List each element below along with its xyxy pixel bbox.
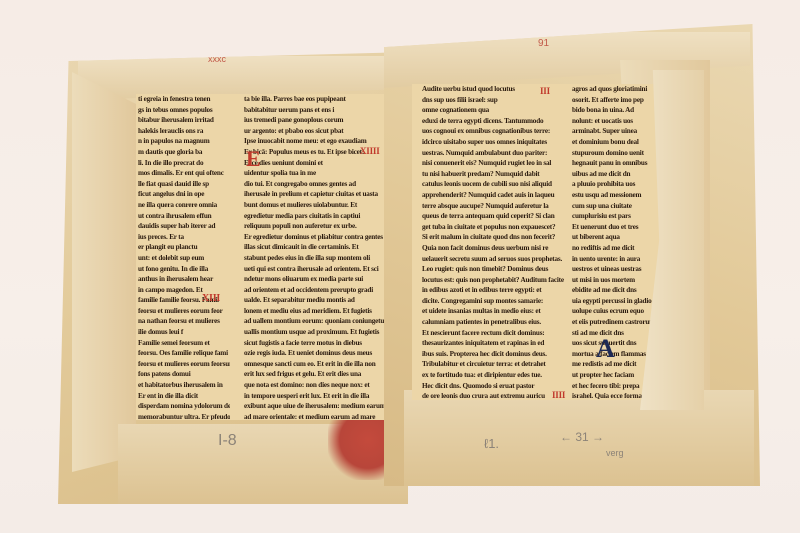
text-line: in tempore uesperi erit lux. Et erit in …	[244, 391, 392, 402]
text-line: erit lux sed frigus et gelu. Et erit die…	[244, 369, 392, 380]
text-line: memorabuntur ultra. Er pfeudo	[138, 412, 230, 420]
right-column-1: Audite uerbu istud quod locutusdns sup u…	[422, 84, 564, 400]
folio-mark-right: 91	[538, 38, 549, 49]
text-line: nisi conuenerit eis? Numquid rugiet leo …	[422, 158, 564, 169]
text-line: que nota est domino: non dies neque nox:…	[244, 380, 392, 391]
text-line: ne illa quera conrere omnia	[138, 200, 230, 211]
text-line: fons patens domui	[138, 369, 230, 380]
text-line: ti egreia in fenestra tenen	[138, 94, 230, 105]
text-line: bitabur iherusalem irritad	[138, 115, 230, 126]
text-line: dauidis super hab iterer ad	[138, 221, 230, 232]
text-line: anthus in iherusalem hear	[138, 274, 230, 285]
text-line: catulus leonis uocem de cubili suo nisi …	[422, 179, 564, 190]
text-line: uelauerit secretu suum ad seruos suos pr…	[422, 254, 564, 265]
text-line: li. In die illo precrat do	[138, 158, 230, 169]
right-text-block: Audite uerbu istud quod locutusdns sup u…	[412, 84, 674, 400]
text-line: omne cognationem qua	[422, 105, 564, 116]
text-line: ut biberent aqua	[572, 232, 674, 243]
text-line: Et nescierunt facere rectum dicit dominu…	[422, 328, 564, 339]
chapter-rubric-xiii: XIII	[202, 294, 220, 305]
left-side-fold	[72, 72, 136, 472]
text-line: Quia non facit dominus deus uerbum nisi …	[422, 243, 564, 254]
text-line: Familie semei feorsum et	[138, 338, 230, 349]
text-line: ius tremedi pane gonoplous corum	[244, 115, 392, 126]
left-column-2: ta bie illa. Parres bae eos pupipeantbab…	[244, 94, 392, 420]
text-line: ualde. Et separabitur mediu montis ad	[244, 295, 392, 306]
text-line: uidentur spolia tua in me	[244, 168, 392, 179]
text-line: ad mare orientale: et medium earum ad ma…	[244, 412, 392, 420]
text-line: sicut fugistis a facie terre motus in di…	[244, 338, 392, 349]
text-line: de ore leonis duo crura aut extremu auri…	[422, 391, 564, 400]
text-line: ilie domus leui f	[138, 327, 230, 338]
text-line: Er egredietur dominus et pliabitur contr…	[244, 232, 392, 243]
text-line: Tribulabitur et circuietur terra: et det…	[422, 359, 564, 370]
text-line: Si erit malum in ciuitate quod dns non f…	[422, 232, 564, 243]
text-line: disperdam nomina ydolorum de	[138, 401, 230, 412]
text-line: lle fiat quasi dauid ille sp	[138, 179, 230, 190]
text-line: tu nisi habuerit predam? Numquid dabit	[422, 169, 564, 180]
text-line: thesaurizantes iniquitatem et rapinas in…	[422, 338, 564, 349]
text-line: terre absque aucupe? Numquid auferetur l…	[422, 201, 564, 212]
text-line: feorsu et mulieres eorum feor	[138, 306, 230, 317]
text-line: na nathan feorsu et mulieres	[138, 316, 230, 327]
text-line: halekis lerauclis ons ra	[138, 126, 230, 137]
text-line: ndetur mons oliuarum ex media parte sui	[244, 274, 392, 285]
text-line: stabunt pedes eius in die illa sup monte…	[244, 253, 392, 264]
text-line: Hec dicit dns. Quomodo si eruat pastor	[422, 381, 564, 392]
blue-initial-a: A	[596, 336, 615, 362]
text-line: uallis montium usque ad proximum. Et fug…	[244, 327, 392, 338]
text-line: feorsu. Oes familie relique fami	[138, 348, 230, 359]
text-line: ozie regis iuda. Et ueniet dominus deus …	[244, 348, 392, 359]
text-line: get tuba in ciuitate et populus non expa…	[422, 222, 564, 233]
text-line: ius preces. Er ta	[138, 232, 230, 243]
chapter-rubric-iiii: IIII	[552, 390, 565, 400]
text-line: reliquum populi non auferetur ex urbe.	[244, 221, 392, 232]
text-line: ur argento: et pbabo eos sicut pbat	[244, 126, 392, 137]
text-line: mos dimalis. Er ent qui oftenc	[138, 168, 230, 179]
text-line: babitabitur uerum pans et ens i	[244, 105, 392, 116]
text-line: calumniam patientes in penetralibus eius…	[422, 317, 564, 328]
pencil-note-l1: ℓ1.	[484, 436, 499, 451]
text-line: ta bie illa. Parres bae eos pupipeant	[244, 94, 392, 105]
text-line: unt: et dolebit sup eum	[138, 253, 230, 264]
text-line: uos cognoui ex omnibus cognationibus ter…	[422, 126, 564, 137]
text-line: ad uallem montium eorum: quoniam coniung…	[244, 316, 392, 327]
text-line: ex te fortitudo tua: et diripientur edes…	[422, 370, 564, 381]
text-line: et habitatorbus iherusalem in	[138, 380, 230, 391]
text-line: gs in tebus omnes populos	[138, 105, 230, 116]
text-line: eduxi de terra egypti dicens. Tantummodo	[422, 116, 564, 127]
chapter-rubric-xiiii: XIIII	[360, 146, 380, 157]
text-line: queus de terra antequam quid ceperit? Si…	[422, 211, 564, 222]
text-line: ficut angelus dni in ope	[138, 189, 230, 200]
text-line: dio tui. Et congregabo omnes gentes ad	[244, 179, 392, 190]
text-line: er plangit eu planctu	[138, 242, 230, 253]
text-line: Ecce dies ueniunt domini et	[244, 158, 392, 169]
folio-mark-left: xxxc	[208, 54, 226, 64]
pencil-shelfmark: I-8	[218, 432, 237, 450]
text-line: bunt domus et mulieres uiolabuntur. Et	[244, 200, 392, 211]
text-line: ibus suis. Propterea hec dicit dominus d…	[422, 349, 564, 360]
left-column-1: ti egreia in fenestra tenengs in tebus o…	[138, 94, 230, 420]
text-line: et uidete insanias multas in medio eius:…	[422, 306, 564, 317]
text-line: idcirco uisitabo super uos omnes iniquit…	[422, 137, 564, 148]
text-line: egredietur media pars ciuitatis in capti…	[244, 211, 392, 222]
text-line: locutus est: quis non prophetabit? Audit…	[422, 275, 564, 286]
text-line: Er ent in die illa dicit	[138, 391, 230, 402]
text-line: lonem et mediu eius ad meridiem. Et fugi…	[244, 306, 392, 317]
pencil-note-verg: verg	[606, 448, 624, 458]
text-line: iherusale in prelium et capietur ciuitas…	[244, 189, 392, 200]
text-line: illas sicut dimicauit in die certaminis.…	[244, 242, 392, 253]
left-text-block: ti egreia in fenestra tenengs in tebus o…	[136, 94, 392, 420]
text-line: ueti qui est contra iherusale ad oriente…	[244, 264, 392, 275]
text-line: ut contra ihrusalem effun	[138, 211, 230, 222]
text-line: omnesque sancti cum eo. Et erit in die i…	[244, 359, 392, 370]
text-line: ut fono genitu. In die illa	[138, 264, 230, 275]
text-line: ad orientem et ad occidentem prerupto gr…	[244, 285, 392, 296]
text-line: feorsu et mulieres eorum feorsum.	[138, 359, 230, 370]
text-line: Leo rugiet: quis non timebit? Dominus de…	[422, 264, 564, 275]
text-line: n in papulos na magnum	[138, 136, 230, 147]
text-line: in edibus azoti et in edibus terre egypt…	[422, 285, 564, 296]
text-line: m dautis que gloria ba	[138, 147, 230, 158]
chapter-rubric-iii: III	[540, 86, 550, 97]
text-line: uestras. Numquid ambulabunt duo pariter:	[422, 148, 564, 159]
text-line: apprehenderit? Numquid cadet auis in laq…	[422, 190, 564, 201]
red-initial-e: E	[246, 148, 260, 170]
text-line: dicite. Congregamini sup montes samarie:	[422, 296, 564, 307]
text-line: exibunt aque uiue de iherusalem: medium …	[244, 401, 392, 412]
pencil-note-31: ← 31 →	[560, 430, 604, 444]
